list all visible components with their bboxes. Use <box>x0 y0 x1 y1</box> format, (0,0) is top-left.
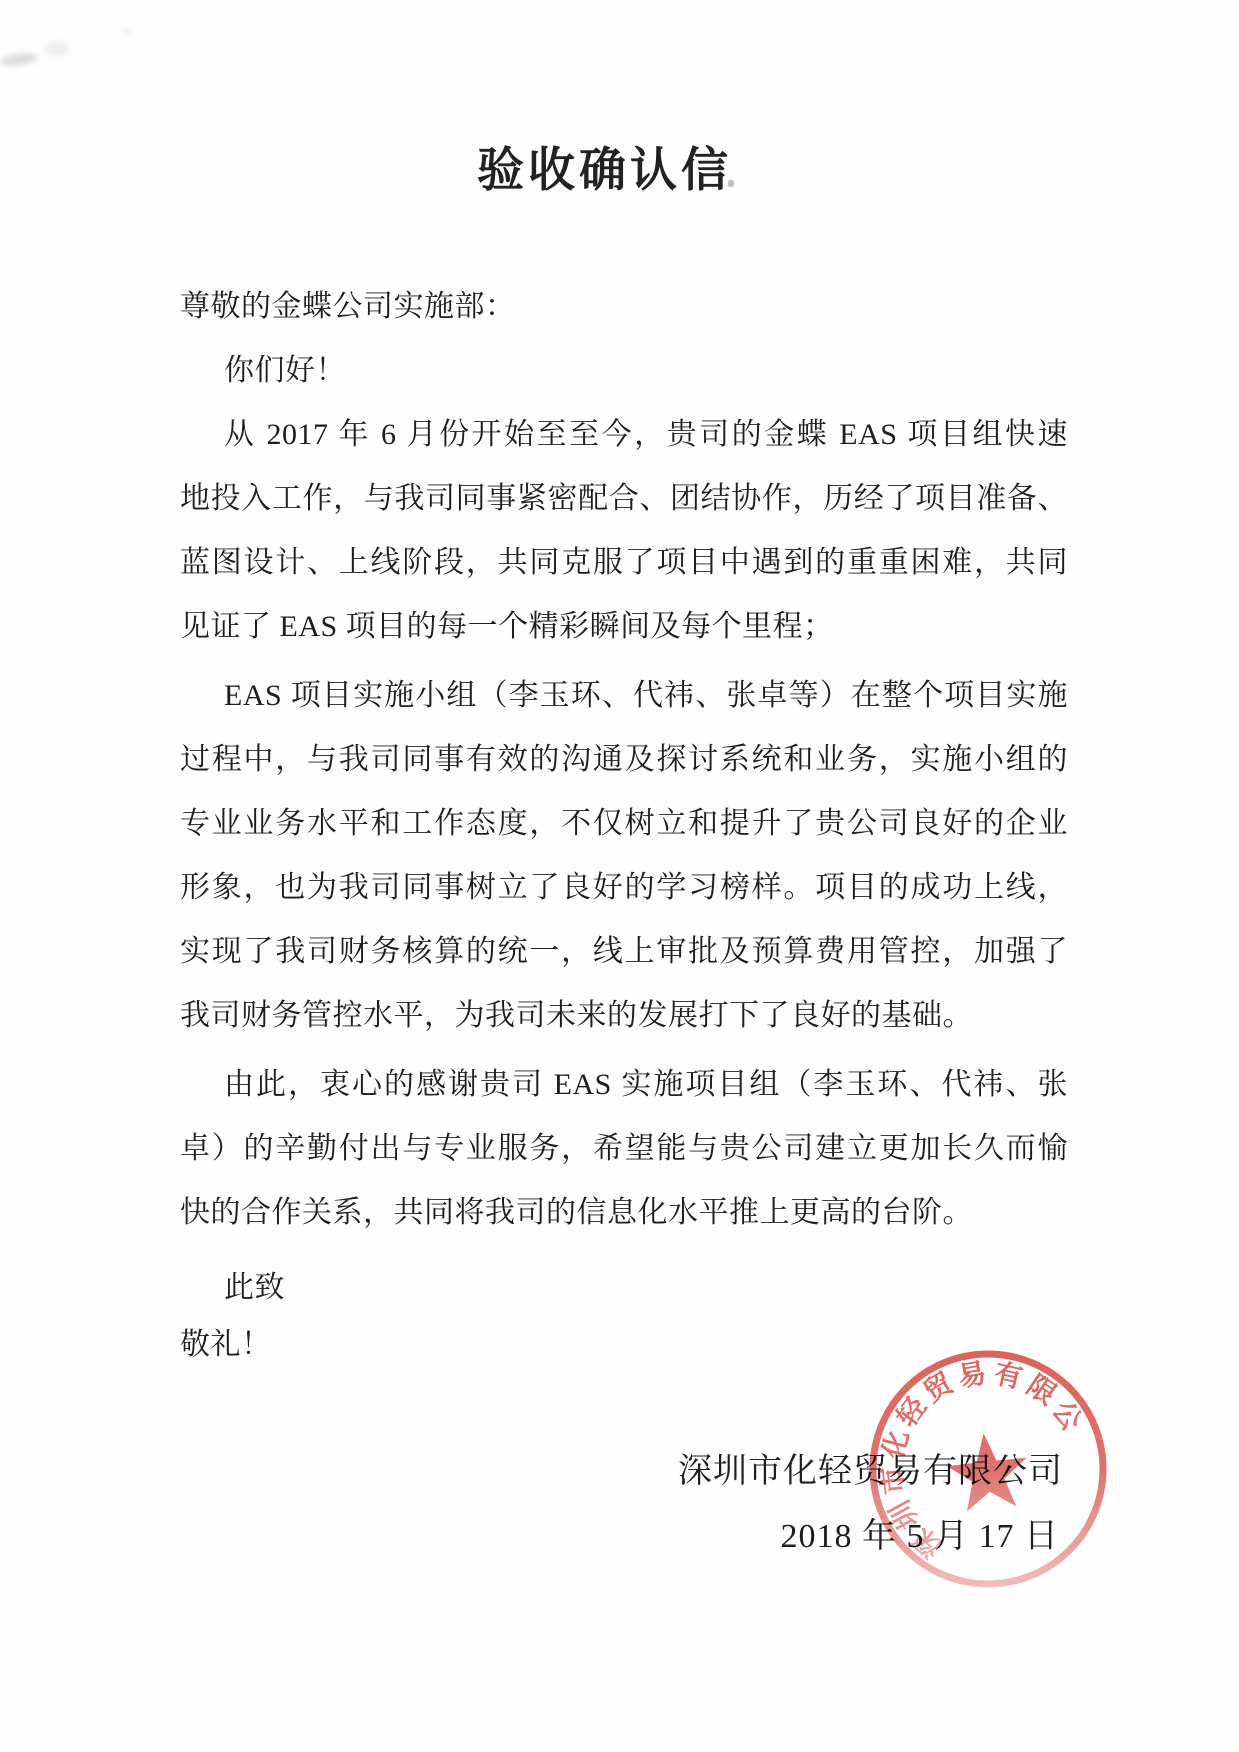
scan-smudge <box>120 28 134 35</box>
body-line: 卓）的辛勤付出与专业服务，希望能与贵公司建立更加长久而愉 <box>180 1117 1068 1181</box>
body-line: 我司财务管控水平，为我司未来的发展打下了良好的基础。 <box>180 984 1068 1048</box>
scan-smudge <box>0 51 39 67</box>
body-line: EAS 项目实施小组（李玉环、代祎、张卓等）在整个项目实施 <box>180 664 1068 728</box>
signature-date: 2018 年 5 月 17 日 <box>678 1513 1063 1561</box>
body-line: 从 2017 年 6 月份开始至至今，贵司的金蝶 EAS 项目组快速 <box>180 403 1068 467</box>
body-line: 蓝图设计、上线阶段，共同克服了项目中遇到的重重困难，共同 <box>180 531 1068 595</box>
body-line: 快的合作关系，共同将我司的信息化水平推上更高的台阶。 <box>180 1181 1068 1245</box>
signature-block: 深圳市化轻贸易有限公司 2018 年 5 月 17 日 <box>678 1448 1063 1561</box>
letter-body: 尊敬的金蝶公司实施部：你们好！从 2017 年 6 月份开始至至今，贵司的金蝶 … <box>180 275 1068 1377</box>
letter-title: 验收确认信 <box>0 133 1224 189</box>
body-line: 你们好！ <box>180 339 1068 403</box>
body-line: 由此，衷心的感谢贵司 EAS 实施项目组（李玉环、代祎、张 <box>180 1053 1068 1117</box>
body-line: 尊敬的金蝶公司实施部： <box>180 275 1068 339</box>
body-line: 见证了 EAS 项目的每一个精彩瞬间及每个里程； <box>180 595 1068 659</box>
body-line: 地投入工作，与我司同事紧密配合、团结协作，历经了项目准备、 <box>180 467 1068 531</box>
body-line: 专业业务水平和工作态度，不仅树立和提升了贵公司良好的企业 <box>180 792 1068 856</box>
body-line: 形象，也为我司同事树立了良好的学习榜样。项目的成功上线， <box>180 856 1068 920</box>
body-line: 此致 <box>180 1256 1068 1320</box>
signature-company: 深圳市化轻贸易有限公司 <box>678 1448 1063 1496</box>
body-line: 过程中，与我司同事有效的沟通及探讨系统和业务，实施小组的 <box>180 728 1068 792</box>
body-line: 实现了我司财务核算的统一，线上审批及预算费用管控，加强了 <box>180 920 1068 984</box>
body-line: 敬礼！ <box>180 1313 1068 1377</box>
scan-smudge <box>44 42 70 56</box>
letter-page: 验收确认信 尊敬的金蝶公司实施部：你们好！从 2017 年 6 月份开始至至今，… <box>0 0 1239 1752</box>
